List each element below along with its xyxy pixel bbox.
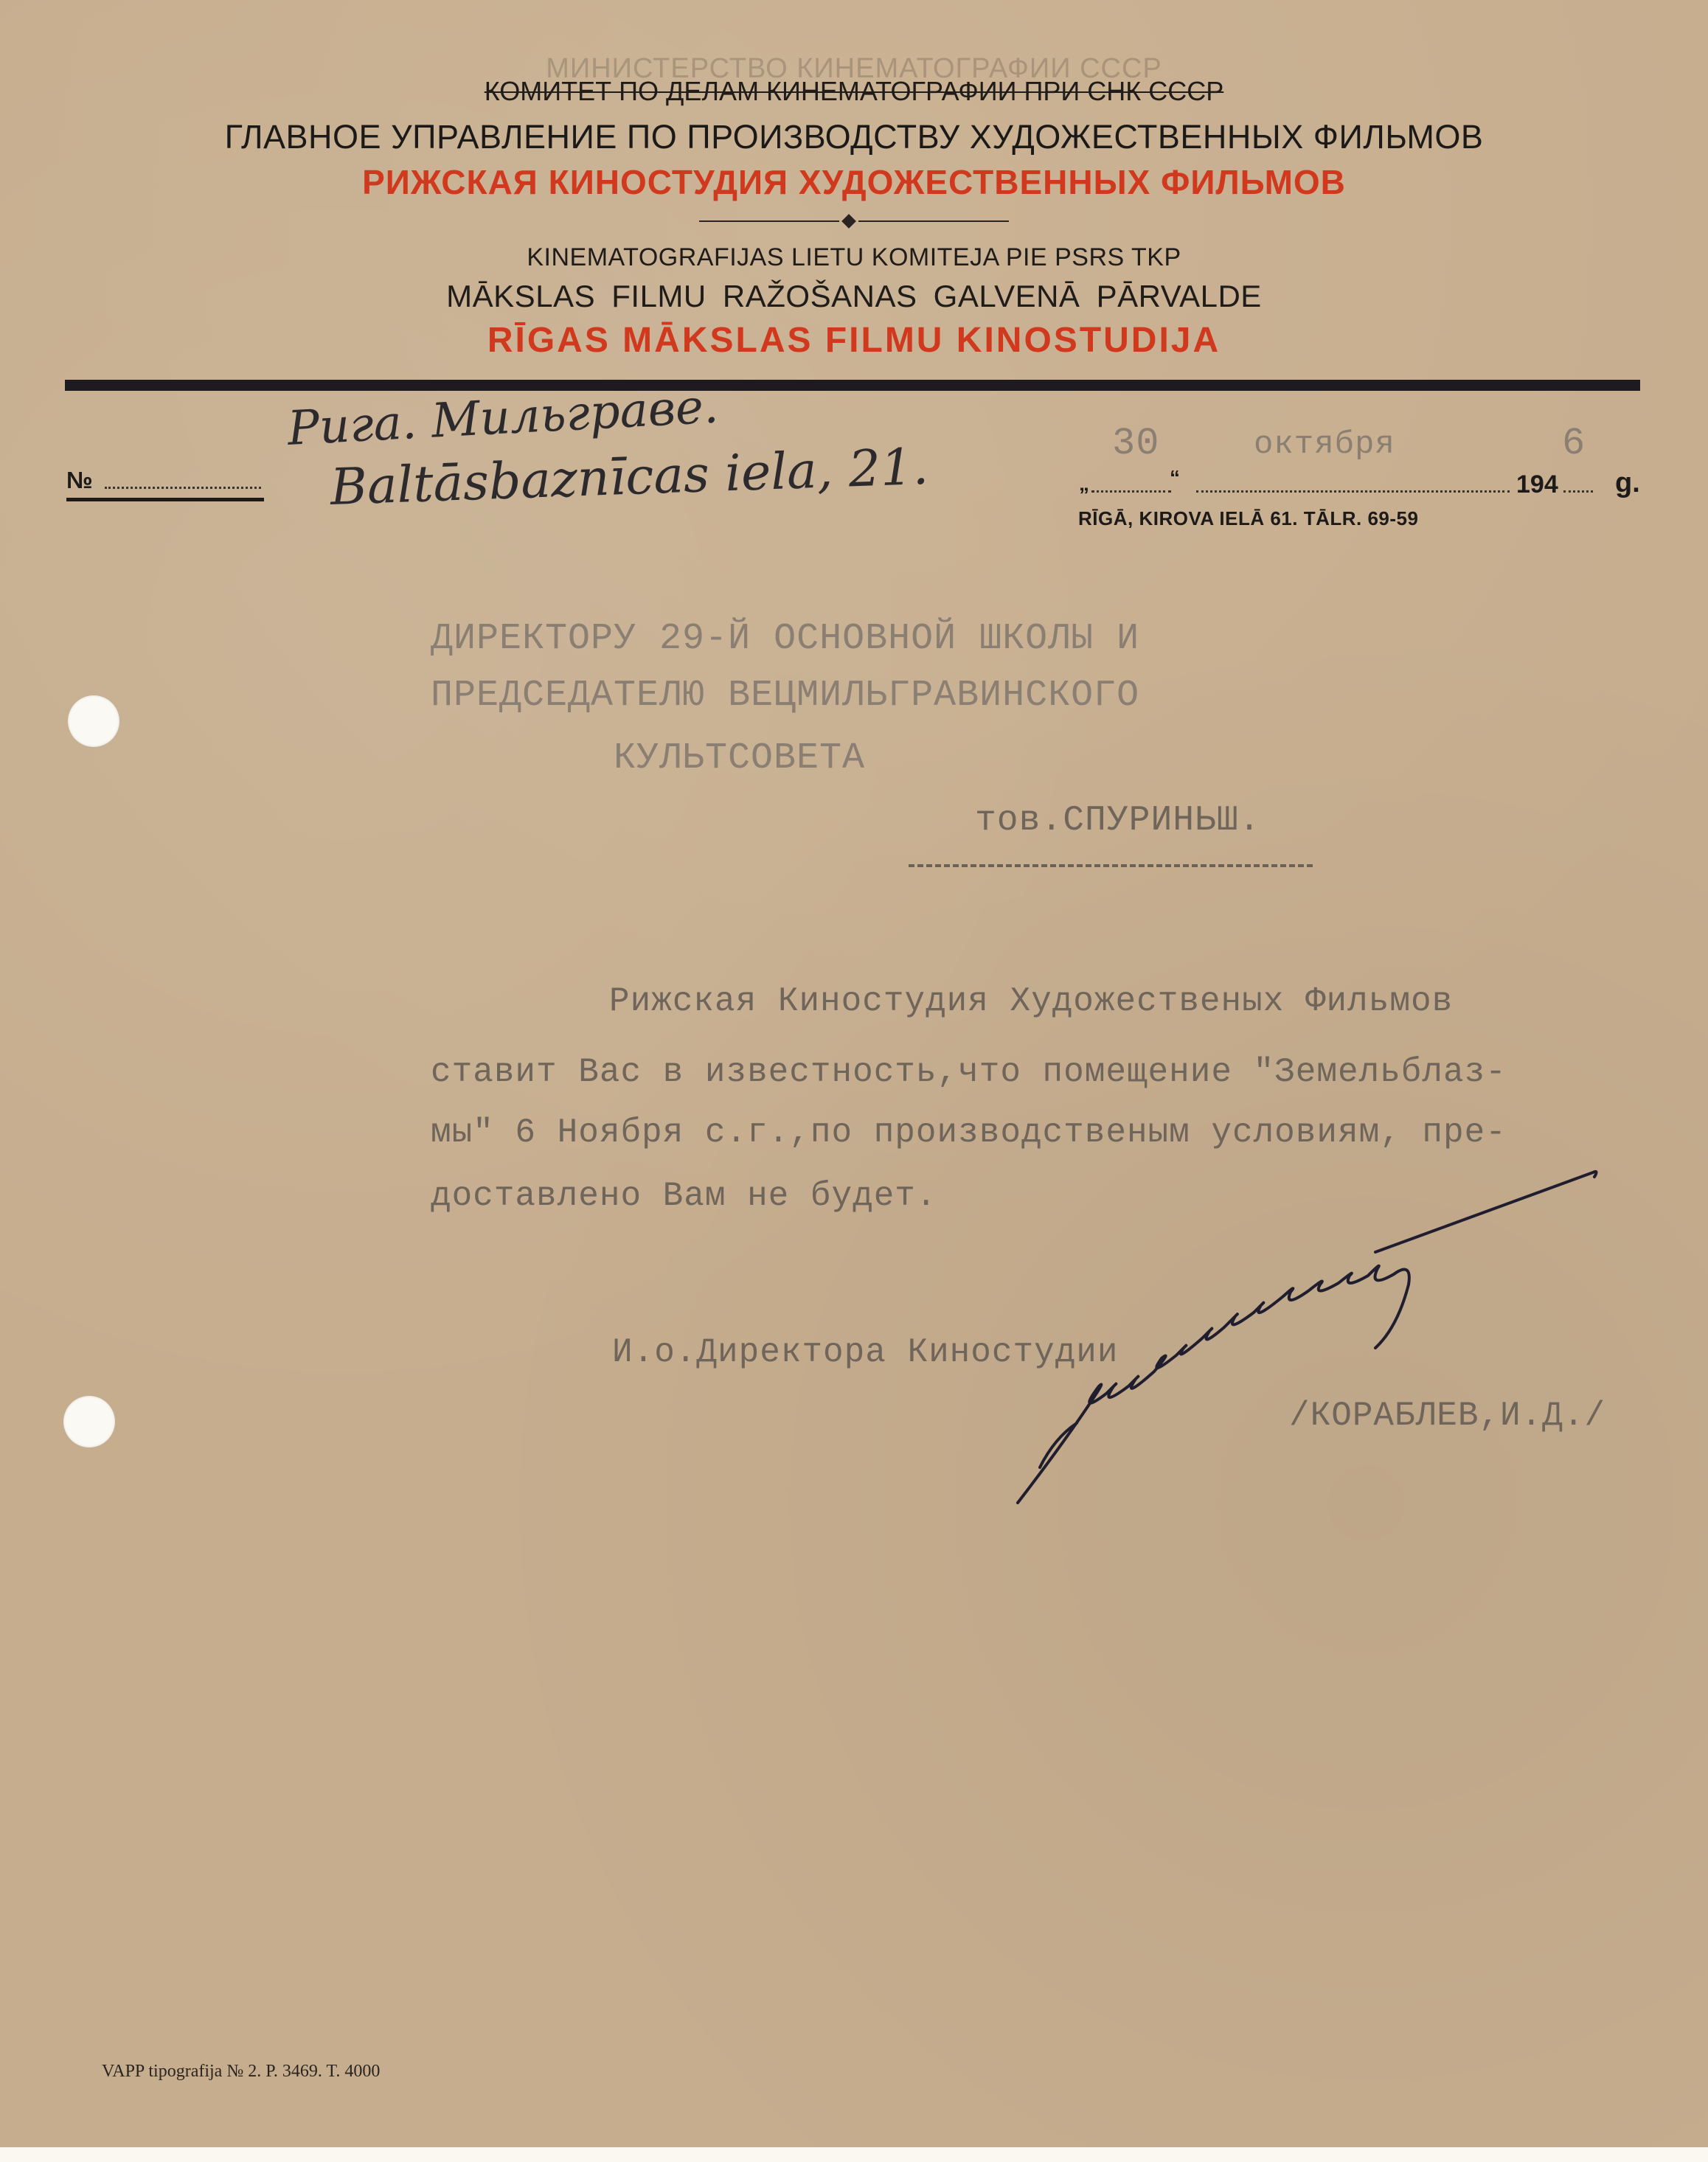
recipient-name: тов.СПУРИНЬШ. [975, 801, 1260, 841]
body-line: ставит Вас в известность,что помещение "… [431, 1053, 1507, 1091]
date-month-field [1196, 490, 1510, 493]
recipient-line-3: КУЛЬТСОВЕТА [614, 737, 865, 779]
recipient-line-2: ПРЕДСЕДАТЕЛЮ ВЕЦМИЛЬГРАВИНСКОГО [431, 675, 1139, 717]
punch-hole-bottom [63, 1396, 115, 1447]
date-year-digit: 6 [1562, 422, 1586, 465]
letterhead-ornament-divider [699, 220, 1009, 223]
studio-address: RĪGĀ, KIROVA IELĀ 61. TĀLR. 69-59 [1078, 507, 1418, 530]
recipient-line-1: ДИРЕКТОРУ 29-Й ОСНОВНОЙ ШКОЛЫ И [431, 618, 1139, 660]
date-close-quote: “ [1170, 466, 1180, 490]
body-line: доставлено Вам не будет. [431, 1177, 937, 1215]
printer-imprint: VAPP tipografija № 2. P. 3469. T. 4000 [102, 2062, 380, 2082]
date-day: 30 [1112, 422, 1159, 465]
punch-hole-top [68, 695, 119, 747]
handwritten-signature-icon [996, 1158, 1608, 1512]
body-line: мы" 6 Ноября с.г.,по производственым усл… [431, 1113, 1507, 1152]
letterhead-committee-lv: KINEMATOGRAFIJAS LIETU KOMITEJA PIE PSRS… [0, 243, 1708, 272]
recipient-underline [909, 864, 1313, 867]
reference-number-label: № [66, 467, 93, 494]
date-year-unit: g. [1615, 467, 1640, 499]
reference-number-field [105, 487, 261, 489]
letterhead-studio-name-ru: РИЖСКАЯ КИНОСТУДИЯ ХУДОЖЕСТВЕННЫХ ФИЛЬМО… [0, 162, 1708, 202]
letterhead-main-directorate-lv: MĀKSLAS FILMU RAŽOŠANAS GALVENĀ PĀRVALDE [0, 279, 1708, 314]
date-year-prefix: 194 [1516, 470, 1558, 499]
date-day-field [1091, 490, 1171, 493]
date-open-quote: „ [1079, 472, 1089, 496]
date-year-field [1563, 490, 1593, 493]
date-month: октября [1254, 426, 1395, 463]
reference-number-rule [66, 498, 264, 501]
letterhead-committee-struck: КОМИТЕТ ПО ДЕЛАМ КИНЕМАТОГРАФИИ ПРИ СНК … [0, 76, 1708, 107]
letterhead-rule [65, 380, 1640, 391]
letterhead-studio-name-lv: RĪGAS MĀKSLAS FILMU KINOSTUDIJA [0, 320, 1708, 361]
letterhead-main-directorate-ru: ГЛАВНОЕ УПРАВЛЕНИЕ ПО ПРОИЗВОДСТВУ ХУДОЖ… [0, 118, 1708, 156]
body-line: Рижская Киностудия Художественых Фильмов [609, 982, 1453, 1021]
